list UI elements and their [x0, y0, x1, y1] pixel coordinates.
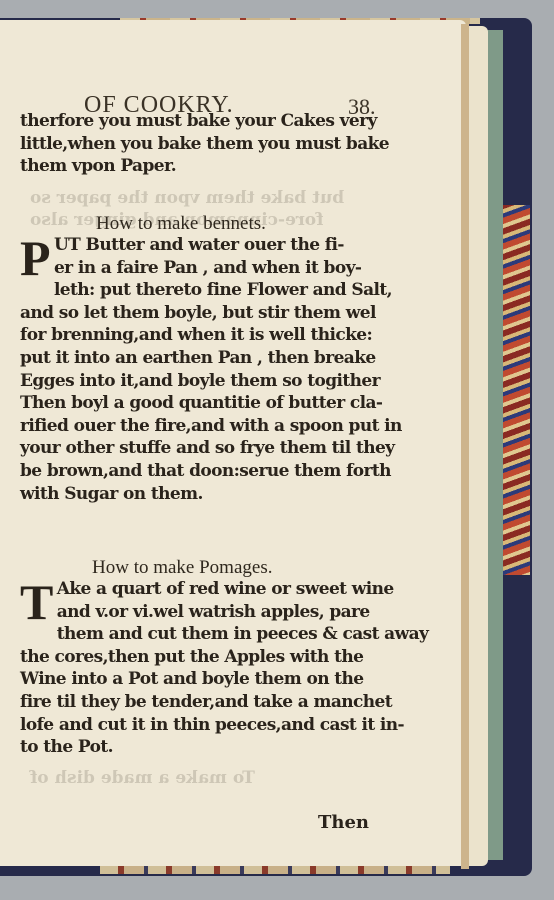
text-line: UT Butter and water ouer the fi-	[20, 234, 380, 257]
text-line: Egges into it,and boyle them so togither	[20, 370, 380, 393]
recipe-body-pomages: T Ake a quart of red wine or sweet wine …	[20, 578, 380, 759]
page-fore-edge	[461, 24, 469, 869]
text-line: to the Pot.	[20, 736, 380, 759]
text-line: the cores,then put the Apples with the	[20, 646, 380, 669]
drop-cap: T	[20, 580, 53, 624]
text-line: and so let them boyle, but stir them wel	[20, 302, 380, 325]
text-line: Wine into a Pot and boyle them on the	[20, 668, 380, 691]
catchword: Then	[318, 812, 369, 833]
drop-cap: P	[20, 236, 50, 280]
text-line: them and cut them in peeces & cast away	[20, 623, 380, 646]
text-line: Ake a quart of red wine or sweet wine	[20, 578, 380, 601]
text-line: lofe and cut it in thin peeces,and cast …	[20, 714, 380, 737]
text-line: them vpon Paper.	[20, 155, 380, 178]
text-line: therfore you must bake your Cakes very	[20, 110, 380, 133]
text-line: and v.or vi.wel watrish apples, pare	[20, 601, 380, 624]
recipe-heading-pomages: How to make Pomages.	[92, 557, 272, 579]
recipe-heading-bennets: How to make bennets.	[96, 213, 266, 235]
book-page: but bake them vpon the paper so fore-cin…	[0, 20, 466, 866]
text-line: rified ouer the fire,and with a spoon pu…	[20, 415, 380, 438]
text-line: be brown,and that doon:serue them forth	[20, 460, 380, 483]
text-line: fire til they be tender,and take a manch…	[20, 691, 380, 714]
text-line: Then boyl a good quantitie of butter cla…	[20, 392, 380, 415]
continuation-paragraph: therfore you must bake your Cakes very l…	[20, 110, 380, 178]
text-line: put it into an earthen Pan , then breake	[20, 347, 380, 370]
text-line: er in a faire Pan , and when it boy-	[20, 257, 380, 280]
recipe-body-bennets: P UT Butter and water ouer the fi- er in…	[20, 234, 380, 505]
text-line: leth: put thereto fine Flower and Salt,	[20, 279, 380, 302]
text-line: little,when you bake them you must bake	[20, 133, 380, 156]
text-line: with Sugar on them.	[20, 483, 380, 506]
show-through-text: To make a made dish of	[30, 768, 255, 788]
show-through-text: but bake them vpon the paper so	[30, 188, 344, 208]
text-line: for brenning,and when it is well thicke:	[20, 324, 380, 347]
text-line: your other stuffe and so frye them til t…	[20, 437, 380, 460]
